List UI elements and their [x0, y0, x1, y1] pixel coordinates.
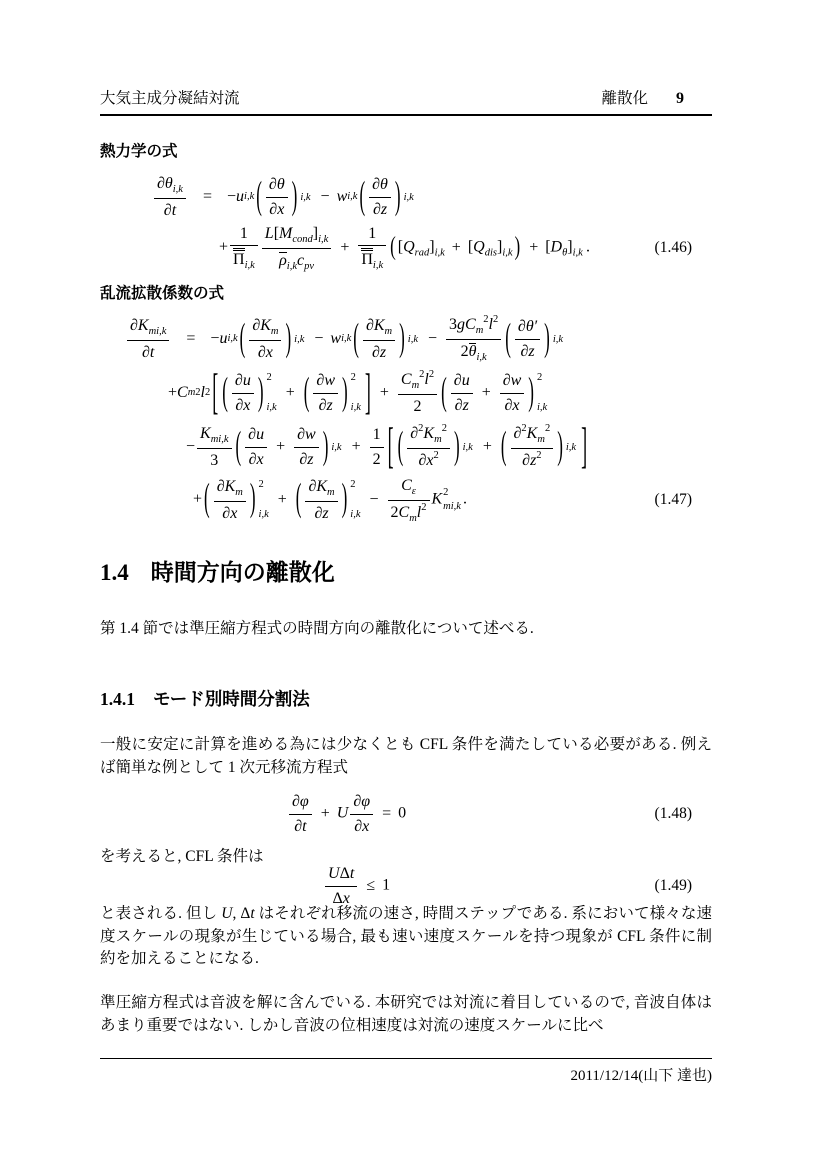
eq-1-48-number: (1.48)	[655, 805, 692, 823]
thermo-equation-heading: 熱力学の式	[100, 139, 178, 161]
header-section-label: 離散化	[601, 86, 648, 108]
eq-1-46-number: (1.46)	[655, 239, 692, 257]
eq-1-49-body: UΔtΔx≤1 (1.49)	[323, 864, 712, 908]
subsection-title: モード別時間分割法	[153, 689, 310, 709]
eq-1-47-number: (1.47)	[655, 491, 692, 509]
document-page: 大気主成分凝結対流 離散化 9 熱力学の式 ∂θi,k∂t=−ui,k(∂θ∂x…	[0, 0, 826, 1169]
equation-1-46: ∂θi,k∂t=−ui,k(∂θ∂x)i,k−wi,k(∂θ∂z)i,k +1Π…	[100, 170, 712, 272]
subsection-number: 1.4.1	[100, 689, 135, 709]
eq-1-47-line-4: +(∂Km∂x)2i,k+(∂Km∂z)2i,k−Cε2Cml2K2mi,k. …	[193, 474, 712, 526]
equation-1-48: ∂φ∂t+U∂φ∂x=0 (1.48)	[100, 792, 712, 836]
equation-1-47: ∂Kmi,k∂t=−ui,k(∂Km∂x)i,k−wi,k(∂Km∂z)i,k−…	[100, 312, 712, 526]
equation-1-49: UΔtΔx≤1 (1.49)	[100, 864, 712, 908]
eq-1-47-line-2: +Cm2l2[(∂u∂x)2i,k+(∂w∂z)2i,k]+Cm2l22(∂u∂…	[168, 366, 712, 420]
page-header: 大気主成分凝結対流 離散化 9	[100, 86, 712, 116]
footer-date-author: 2011/12/14(山下 達也)	[570, 1068, 712, 1084]
paragraph-sound-waves: 準圧縮方程式は音波を解に含んでいる. 本研究では対流に着目しているので, 音波自…	[100, 992, 712, 1037]
section-intro-paragraph: 第 1.4 節では準圧縮方程式の時間方向の離散化について述べる.	[100, 618, 712, 641]
eq-1-47-line-3: −Kmi,k3(∂u∂x+∂w∂z)i,k+12[(∂2Km2∂x2)i,k+(…	[186, 420, 712, 474]
paragraph-cfl-condition: 一般に安定に計算を進める為には少なくとも CFL 条件を満たしている必要がある.…	[100, 734, 712, 779]
turbulence-equation-heading: 乱流拡散係数の式	[100, 281, 224, 303]
section-heading-1-4: 1.4時間方向の離散化	[100, 554, 335, 587]
eq-1-48-body: ∂φ∂t+U∂φ∂x=0 (1.48)	[287, 792, 712, 836]
eq-1-49-number: (1.49)	[655, 877, 692, 895]
eq-1-47-line-1: ∂Kmi,k∂t=−ui,k(∂Km∂x)i,k−wi,k(∂Km∂z)i,k−…	[125, 312, 712, 366]
eq-1-46-line-1: ∂θi,k∂t=−ui,k(∂θ∂x)i,k−wi,k(∂θ∂z)i,k	[152, 170, 712, 224]
section-title: 時間方向の離散化	[151, 559, 335, 585]
section-number: 1.4	[100, 560, 129, 585]
page-footer: 2011/12/14(山下 達也)	[100, 1058, 712, 1085]
header-right: 離散化 9	[601, 86, 712, 108]
subsection-heading-1-4-1: 1.4.1モード別時間分割法	[100, 686, 310, 711]
page-number: 9	[676, 90, 684, 108]
paragraph-expressed: と表される. 但し U, Δt はそれぞれ移流の速さ, 時間ステップである. 系…	[100, 903, 712, 971]
eq-1-46-line-2: +1Πi,kL[Mcond]i,kρi,kcpv+1Πi,k([Qrad]i,k…	[219, 224, 712, 272]
header-doc-title: 大気主成分凝結対流	[100, 86, 240, 108]
